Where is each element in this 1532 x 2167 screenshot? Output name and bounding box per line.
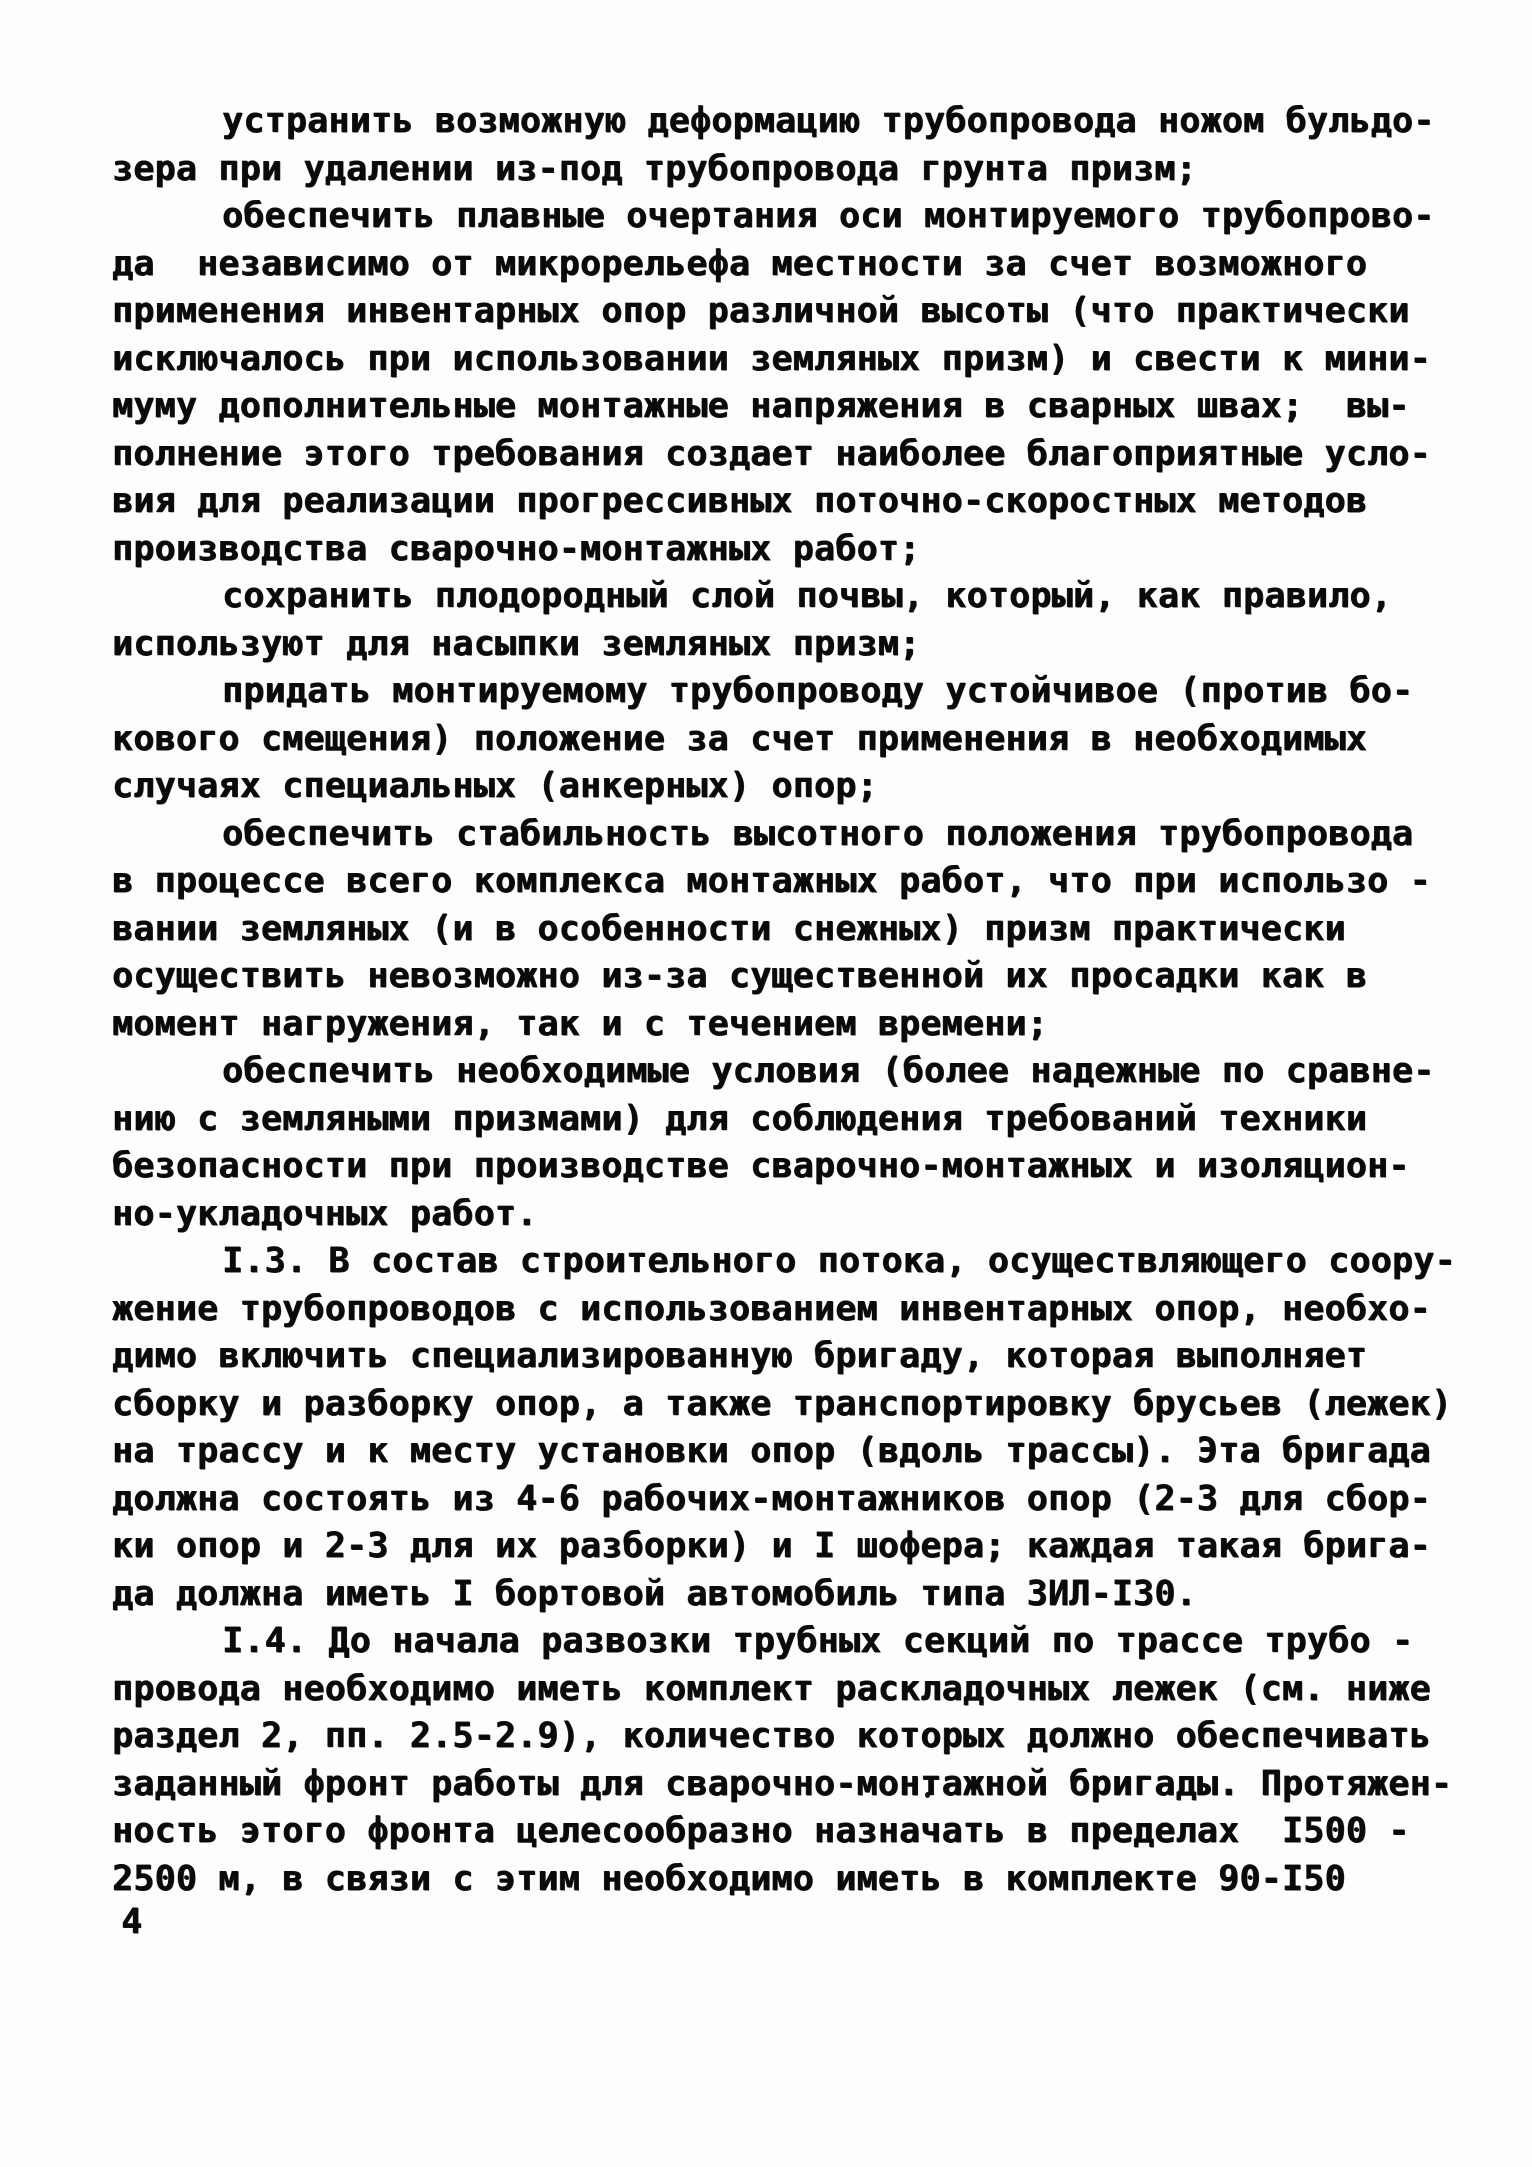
text-line: полнение этого требования создает наибол…	[112, 431, 1460, 479]
text-line: в процессе всего комплекса монтажных раб…	[112, 858, 1460, 906]
text-line: сборку и разборку опор, а также транспор…	[112, 1381, 1460, 1429]
text-line: вании земляных (и в особенности снежных)…	[112, 906, 1460, 954]
text-line: зера при удалении из-под трубопровода гр…	[112, 146, 1460, 194]
text-line: обеспечить плавные очертания оси монтиру…	[112, 193, 1460, 241]
text-line: да должна иметь I бортовой автомобиль ти…	[112, 1571, 1460, 1619]
text-line: раздел 2, пп. 2.5-2.9), количество котор…	[112, 1713, 1460, 1761]
text-line: сохранить плодородный слой почвы, которы…	[112, 573, 1460, 621]
text-line: исключалось при использовании земляных п…	[112, 336, 1460, 384]
text-line: да независимо от микрорельефа местности …	[112, 241, 1460, 289]
text-line: используют для насыпки земляных призм;	[112, 621, 1460, 669]
text-line: димо включить специализированную бригаду…	[112, 1333, 1460, 1381]
text-line: придать монтируемому трубопроводу устойч…	[112, 668, 1460, 716]
text-line: применения инвентарных опор различной вы…	[112, 288, 1460, 336]
text-line: I.3. В состав строительного потока, осущ…	[112, 1238, 1460, 1286]
text-line: устранить возможную деформацию трубопров…	[112, 98, 1460, 146]
document-page: устранить возможную деформацию трубопров…	[0, 0, 1532, 2167]
text-line: случаях специальных (анкерных) опор;	[112, 763, 1460, 811]
text-line: нию с земляными призмами) для соблюдения…	[112, 1096, 1460, 1144]
text-line: I.4. До начала развозки трубных секций п…	[112, 1618, 1460, 1666]
text-line: обеспечить стабильность высотного положе…	[112, 811, 1460, 859]
text-line: осуществить невозможно из-за существенно…	[112, 953, 1460, 1001]
text-line: ность этого фронта целесообразно назнача…	[112, 1808, 1460, 1856]
text-line: обеспечить необходимые условия (более на…	[112, 1048, 1460, 1096]
text-line: но-укладочных работ.	[112, 1191, 1460, 1239]
text-line: производства сварочно-монтажных работ;	[112, 526, 1460, 574]
text-block: устранить возможную деформацию трубопров…	[112, 98, 1460, 1903]
text-line: жение трубопроводов с использованием инв…	[112, 1286, 1460, 1334]
text-line: кового смещения) положение за счет приме…	[112, 716, 1460, 764]
text-line: муму дополнительные монтажные напряжения…	[112, 383, 1460, 431]
text-line: 2500 м, в связи с этим необходимо иметь …	[112, 1856, 1460, 1904]
text-line: должна состоять из 4-6 рабочих-монтажник…	[112, 1476, 1460, 1524]
scan-artifact-dot	[925, 1792, 930, 1798]
text-line: вия для реализации прогрессивных поточно…	[112, 478, 1460, 526]
text-line: ки опор и 2-3 для их разборки) и I шофер…	[112, 1523, 1460, 1571]
page-number: 4	[121, 1899, 142, 1947]
text-line: момент нагружения, так и с течением врем…	[112, 1001, 1460, 1049]
text-line: безопасности при производстве сварочно-м…	[112, 1143, 1460, 1191]
text-line: заданный фронт работы для сварочно-монта…	[112, 1761, 1460, 1809]
text-line: провода необходимо иметь комплект раскла…	[112, 1666, 1460, 1714]
text-line: на трассу и к месту установки опор (вдол…	[112, 1428, 1460, 1476]
